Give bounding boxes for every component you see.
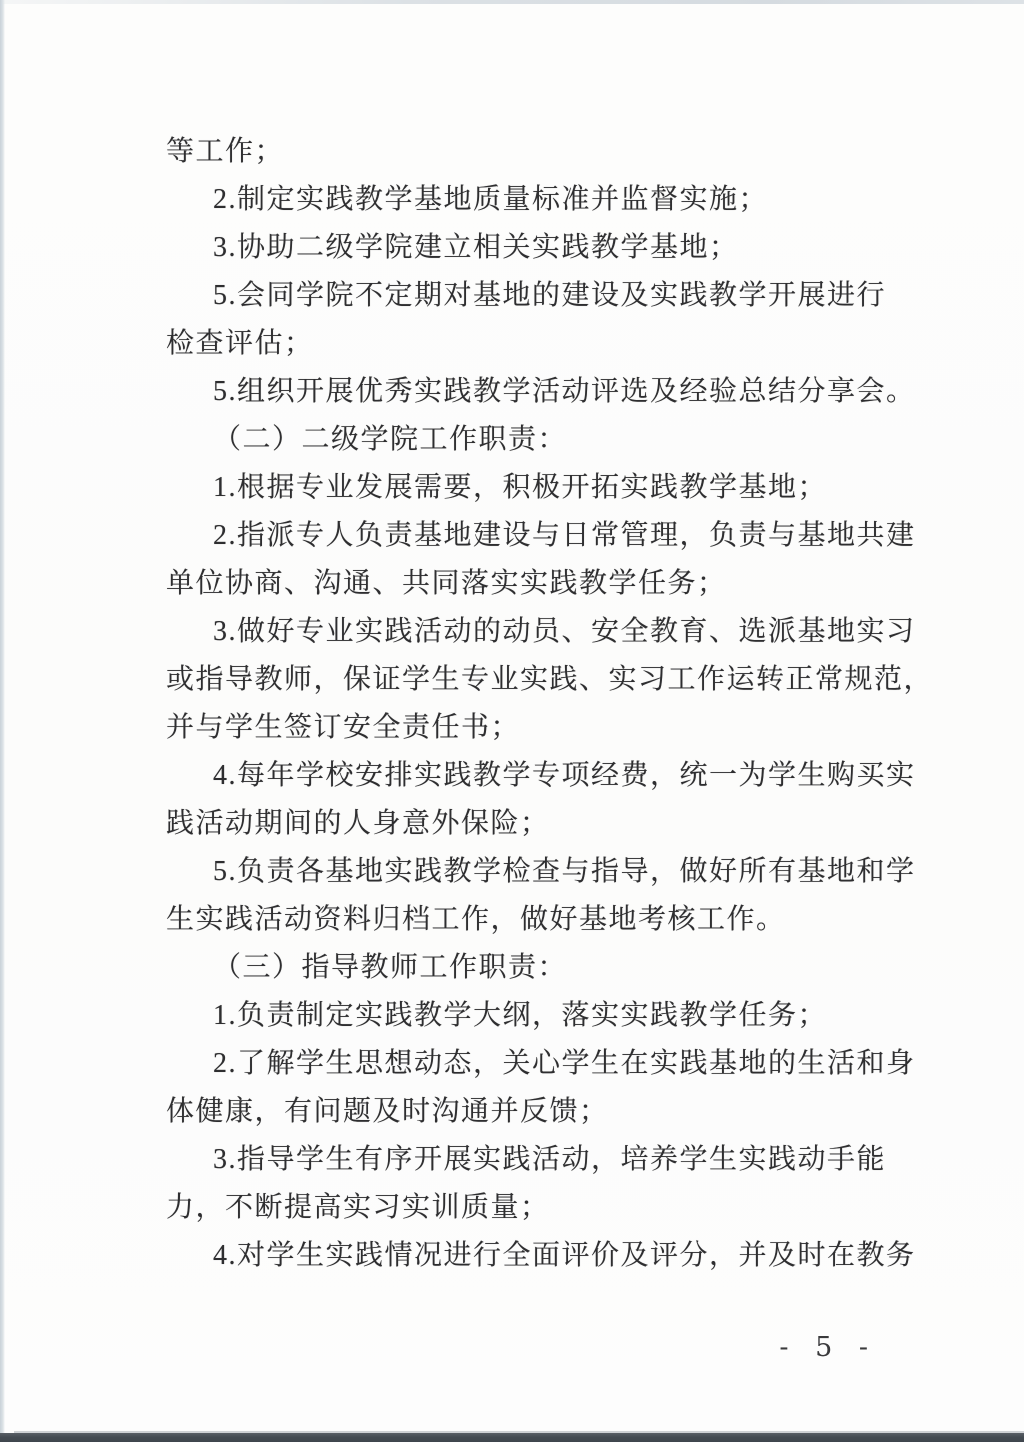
text-line: 生实践活动资料归档工作，做好基地考核工作。 <box>166 896 890 944</box>
text-line: 2.制定实践教学基地质量标准并监督实施； <box>166 176 890 224</box>
section-heading: （二）二级学院工作职责： <box>166 416 890 464</box>
text-line: 并与学生签订安全责任书； <box>166 704 890 752</box>
text-line: 5.负责各基地实践教学检查与指导，做好所有基地和学 <box>166 848 890 896</box>
scan-edge-top <box>0 0 1024 4</box>
text-line: 1.负责制定实践教学大纲，落实实践教学任务； <box>166 992 890 1040</box>
scan-edge-left <box>0 0 5 1442</box>
text-line: 力，不断提高实习实训质量； <box>166 1184 890 1232</box>
text-line: 2.了解学生思想动态，关心学生在实践基地的生活和身 <box>166 1040 890 1088</box>
text-line: 4.每年学校安排实践教学专项经费，统一为学生购买实 <box>166 752 890 800</box>
text-line: 等工作； <box>166 128 890 176</box>
text-line: 3.指导学生有序开展实践活动，培养学生实践动手能 <box>166 1136 890 1184</box>
page-number: - 5 - <box>779 1332 877 1363</box>
text-line: 践活动期间的人身意外保险； <box>166 800 890 848</box>
text-line: 5.组织开展优秀实践教学活动评选及经验总结分享会。 <box>166 368 890 416</box>
text-line: 2.指派专人负责基地建设与日常管理，负责与基地共建 <box>166 512 890 560</box>
text-line: 或指导教师，保证学生专业实践、实习工作运转正常规范， <box>166 656 890 704</box>
text-line: 单位协商、沟通、共同落实实践教学任务； <box>166 560 890 608</box>
text-line: 体健康，有问题及时沟通并反馈； <box>166 1088 890 1136</box>
text-line: 4.对学生实践情况进行全面评价及评分，并及时在教务 <box>166 1232 890 1280</box>
section-heading: （三）指导教师工作职责： <box>166 944 890 992</box>
text-line: 3.做好专业实践活动的动员、安全教育、选派基地实习 <box>166 608 890 656</box>
text-line: 1.根据专业发展需要，积极开拓实践教学基地； <box>166 464 890 512</box>
text-line: 3.协助二级学院建立相关实践教学基地； <box>166 224 890 272</box>
document-text-block: 等工作； 2.制定实践教学基地质量标准并监督实施； 3.协助二级学院建立相关实践… <box>166 128 890 1280</box>
text-line: 5.会同学院不定期对基地的建设及实践教学开展进行 <box>166 272 890 320</box>
scan-edge-bottom-band <box>0 1433 1024 1442</box>
document-page: 等工作； 2.制定实践教学基地质量标准并监督实施； 3.协助二级学院建立相关实践… <box>0 0 1024 1442</box>
text-line: 检查评估； <box>166 320 890 368</box>
